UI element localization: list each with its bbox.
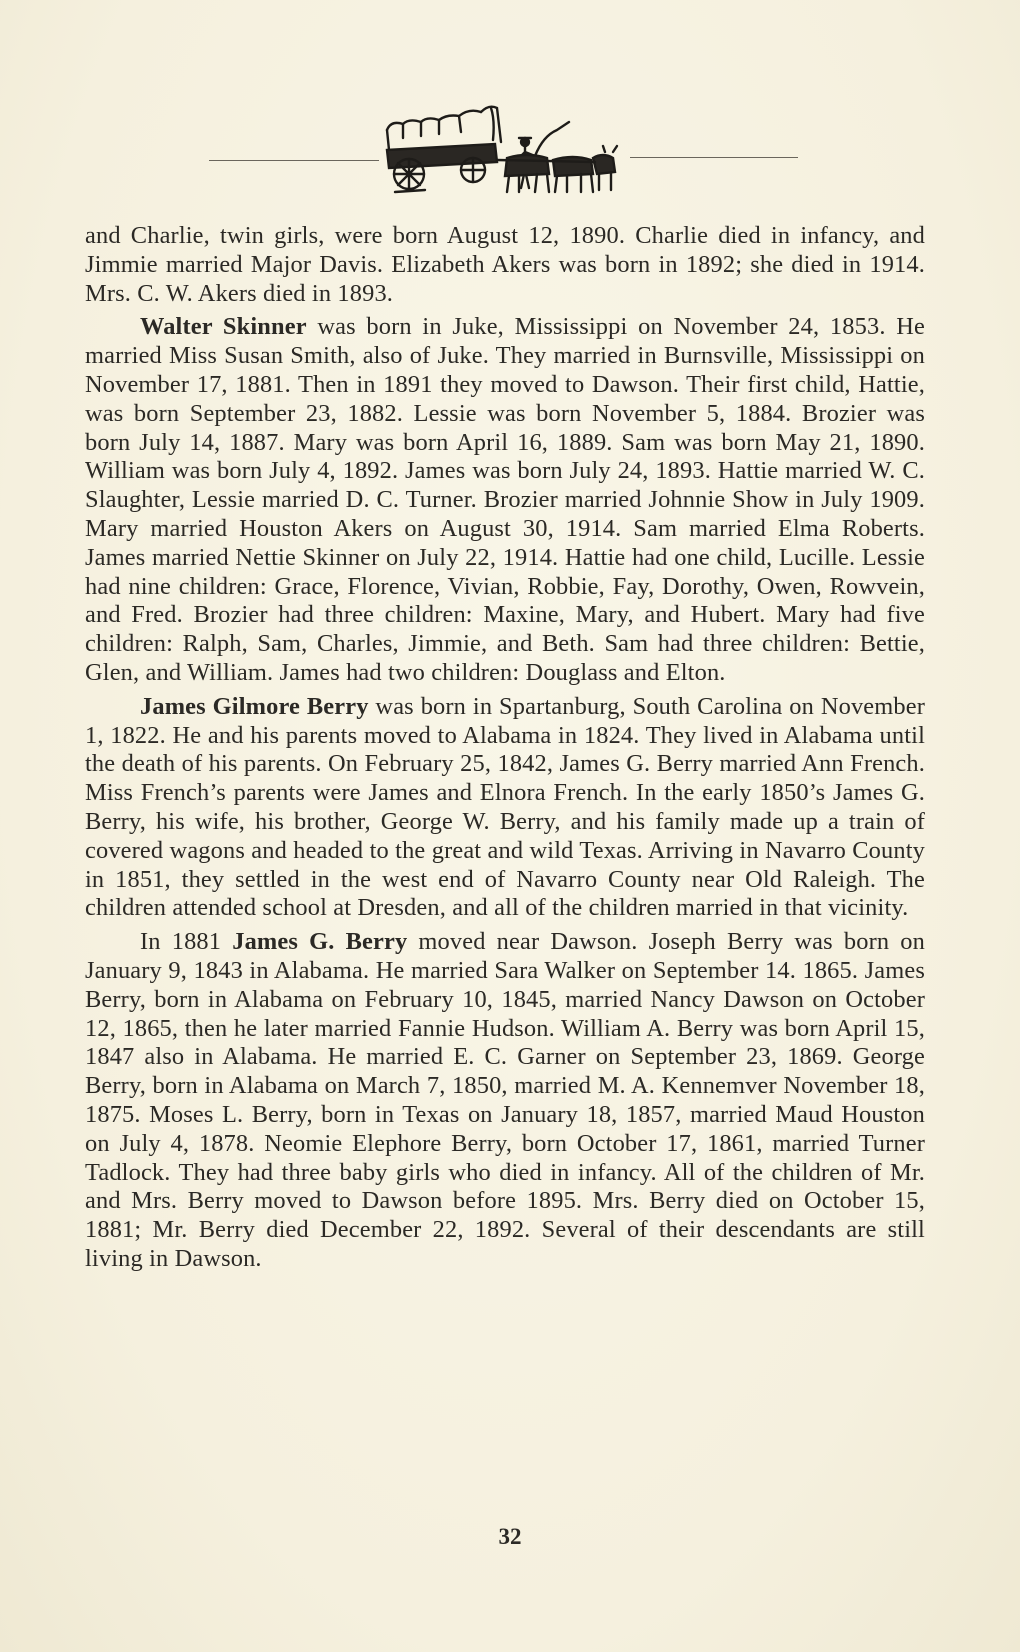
paragraph-text: was born in Spartanburg, South Carolina … [85, 693, 925, 922]
paragraph-akers-continued: and Charlie, twin girls, were born Augus… [85, 222, 925, 308]
paragraph-text: moved near Dawson. Joseph Berry was born… [85, 928, 925, 1272]
ornament-rule-left [209, 160, 379, 161]
person-name-heading: James Gilmore Berry [140, 693, 369, 720]
paragraph-text: and Charlie, twin girls, were born Augus… [85, 222, 925, 307]
ornament-rule-right [630, 157, 798, 158]
paragraph-berry-family: In 1881 James G. Berry moved near Dawson… [85, 928, 925, 1274]
covered-wagon-with-oxen-icon [377, 100, 632, 200]
paragraph-lead-in: In 1881 [140, 928, 232, 955]
book-page: and Charlie, twin girls, were born Augus… [0, 0, 1020, 1652]
header-ornament [205, 100, 800, 200]
body-text: and Charlie, twin girls, were born Augus… [85, 222, 925, 1279]
paragraph-james-gilmore-berry: James Gilmore Berry was born in Spartanb… [85, 693, 925, 923]
person-name-heading: Walter Skinner [140, 313, 307, 340]
paragraph-walter-skinner: Walter Skinner was born in Juke, Mississ… [85, 313, 925, 687]
paragraph-text: was born in Juke, Mississippi on Novembe… [85, 313, 925, 686]
page-number: 32 [0, 1524, 1020, 1550]
person-name-heading: James G. Berry [232, 928, 407, 955]
